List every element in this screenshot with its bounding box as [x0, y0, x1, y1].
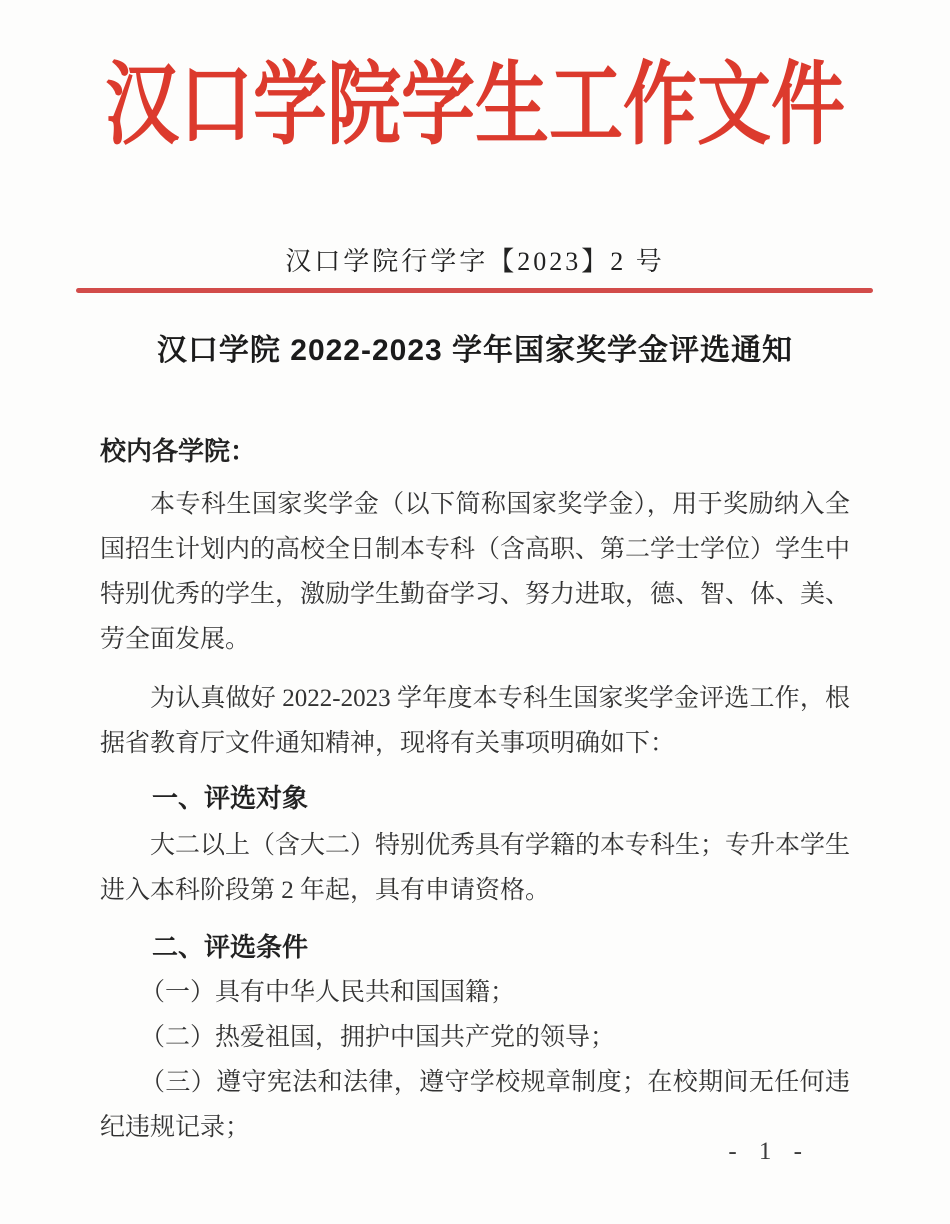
document-title: 汉口学院 2022-2023 学年国家奖学金评选通知 [0, 329, 950, 373]
criteria-item-1: （一）具有中华人民共和国国籍； [100, 970, 850, 1015]
scanned-document-page: 汉口学院学生工作文件 汉口学院行学字【2023】2 号 汉口学院 2022-20… [0, 0, 950, 1224]
criteria-item-2: （二）热爱祖国，拥护中国共产党的领导； [100, 1015, 850, 1060]
document-body: 校内各学院： 本专科生国家奖学金（以下简称国家奖学金），用于奖励纳入全国招生计划… [100, 429, 850, 1150]
criteria-item-3: （三）遵守宪法和法律，遵守学校规章制度；在校期间无任何违纪违规记录； [100, 1060, 850, 1150]
paragraph-selection-targets: 大二以上（含大二）特别优秀具有学籍的本专科生；专升本学生进入本科阶段第 2 年起… [100, 823, 850, 913]
paragraph-intro: 本专科生国家奖学金（以下简称国家奖学金），用于奖励纳入全国招生计划内的高校全日制… [100, 482, 850, 662]
paragraph-purpose: 为认真做好 2022-2023 学年度本专科生国家奖学金评选工作，根据省教育厅文… [100, 676, 850, 766]
red-divider-line [76, 288, 873, 293]
page-number: - 1 - [728, 1138, 810, 1166]
salutation: 校内各学院： [100, 429, 850, 474]
section-heading-selection-targets: 一、评选对象 [100, 776, 850, 821]
document-number: 汉口学院行学字【2023】2 号 [0, 244, 950, 280]
banner-title: 汉口学院学生工作文件 [0, 34, 950, 178]
section-heading-selection-criteria: 二、评选条件 [100, 925, 850, 970]
